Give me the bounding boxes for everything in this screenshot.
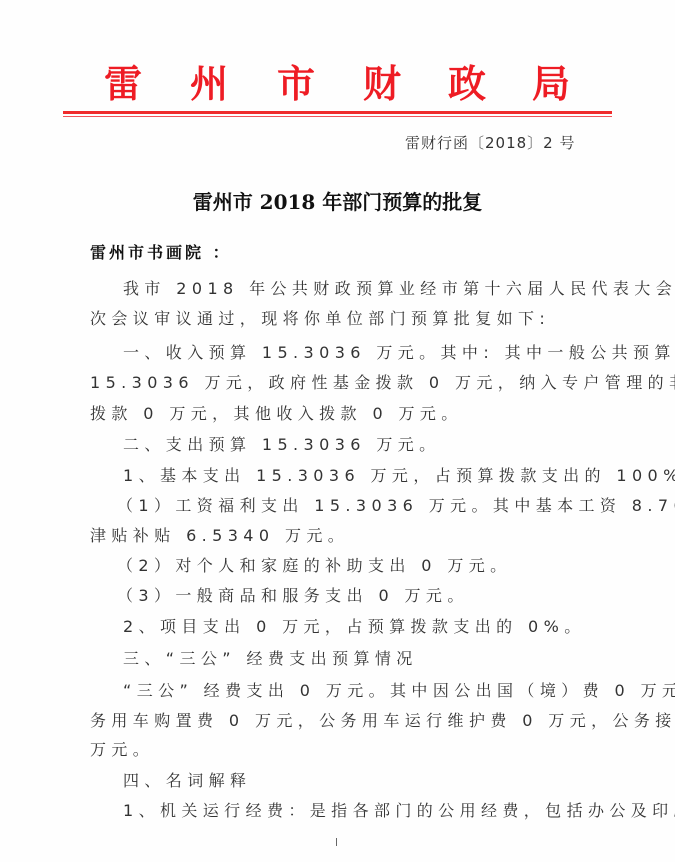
body-line: 1、基本支出 15.3036 万元，占预算拨款支出的 100%。: [123, 465, 675, 487]
letterhead-char: 市: [277, 62, 315, 106]
body-line: （1）工资福利支出 15.3036 万元。其中基本工资 8.7696 万元，: [117, 495, 675, 517]
letterhead-char: 政: [448, 62, 486, 106]
letterhead-char: 雷: [104, 62, 142, 106]
letterhead-divider-thick: [63, 111, 612, 114]
body-line: 二、支出预算 15.3036 万元。: [123, 434, 441, 456]
body-line: 务用车购置费 0 万元，公务用车运行维护费 0 万元，公务接待费 0: [90, 710, 675, 732]
body-line: 1、机关运行经费：是指各部门的公用经费，包括办公及印刷: [123, 800, 675, 822]
body-line: “三公” 经费支出 0 万元。其中因公出国（境）费 0 万元，公: [123, 680, 675, 702]
letterhead-divider-thin: [63, 116, 612, 117]
document-title: 雷州市 2018 年部门预算的批复: [0, 189, 675, 215]
body-line: （2）对个人和家庭的补助支出 0 万元。: [117, 555, 512, 577]
recipient: 雷州市书画院 ：: [90, 242, 232, 264]
body-line: 15.3036 万元，政府性基金拨款 0 万元，纳入专户管理的非税收入: [90, 372, 675, 394]
body-line: 我市 2018 年公共财政预算业经市第十六届人民代表大会第三: [123, 278, 675, 300]
body-line: （3）一般商品和服务支出 0 万元。: [117, 585, 469, 607]
body-line: 津贴补贴 6.5340 万元。: [90, 525, 349, 547]
body-line: 万元。: [90, 739, 154, 761]
body-line: 四、名词解释: [123, 770, 251, 792]
body-line: 拨款 0 万元，其他收入拨款 0 万元。: [90, 403, 463, 425]
document-page: 雷 州 市 财 政 局 雷财行函〔2018〕2 号 雷州市 2018 年部门预算…: [0, 0, 675, 862]
page-number-mark: [336, 838, 337, 846]
document-number: 雷财行函〔2018〕2 号: [405, 133, 576, 153]
body-line: 次会议审议通过，现将你单位部门预算批复如下:: [90, 308, 550, 330]
letterhead-char: 州: [190, 62, 228, 106]
body-line: 三、“三公” 经费支出预算情况: [123, 648, 418, 670]
body-line: 2、项目支出 0 万元，占预算拨款支出的 0%。: [123, 616, 586, 638]
letterhead-char: 局: [532, 62, 570, 106]
body-line: 一、收入预算 15.3036 万元。其中: 其中一般公共预算拨款: [123, 342, 675, 364]
letterhead-char: 财: [363, 62, 401, 106]
